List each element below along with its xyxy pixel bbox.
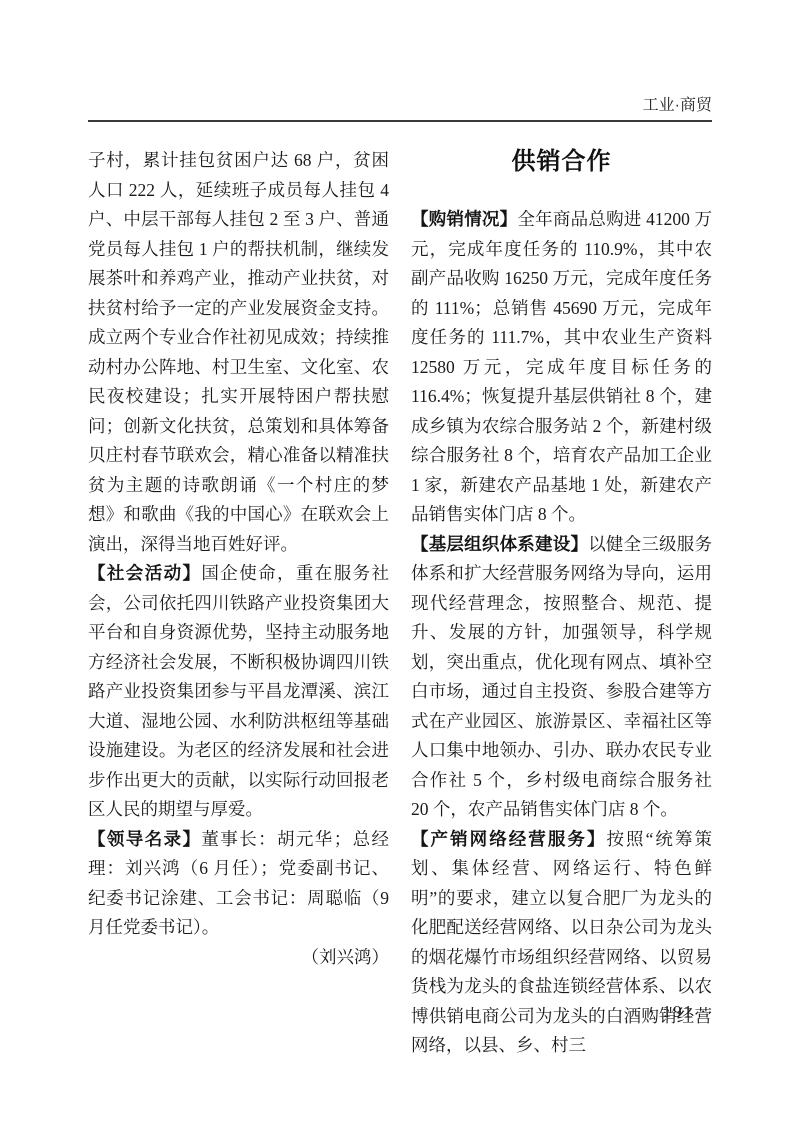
paragraph-text: 子村，累计挂包贫困户达 68 户，贫困人口 222 人，延续班子成员每人挂包 4…	[88, 150, 389, 554]
document-page: 工业·商贸 子村，累计挂包贫困户达 68 户，贫困人口 222 人，延续班子成员…	[0, 0, 793, 1122]
running-header: 工业·商贸	[88, 96, 712, 120]
page-number: · 191 ·	[649, 1000, 708, 1024]
running-header-text: 工业·商贸	[643, 97, 712, 114]
paragraph-leaders-list: 【领导名录】董事长：胡元华；总经理：刘兴鸿（6 月任）；党委副书记、纪委书记涂建…	[88, 825, 389, 943]
paragraph-text: 国企使命，重在服务社会，公司依托四川铁路产业投资集团大平台和自身资源优势，坚持主…	[88, 563, 389, 819]
paragraph-text: 全年商品总购进 41200 万元，完成年度任务的 110.9%，其中农副产品收购…	[411, 209, 712, 524]
paragraph-label: 【购销情况】	[411, 209, 517, 229]
paragraph-label: 【产销网络经营服务】	[411, 829, 606, 849]
left-column: 子村，累计挂包贫困户达 68 户，贫困人口 222 人，延续班子成员每人挂包 4…	[88, 146, 389, 1061]
author-signature: （刘兴鸿）	[88, 943, 389, 973]
text-columns: 子村，累计挂包贫困户达 68 户，贫困人口 222 人，延续班子成员每人挂包 4…	[88, 146, 712, 1061]
paragraph-marketing-network: 【产销网络经营服务】按照“统筹策划、集体经营、网络运行、特色鲜明”的要求，建立以…	[411, 825, 712, 1061]
paragraph-social-activity: 【社会活动】国企使命，重在服务社会，公司依托四川铁路产业投资集团大平台和自身资源…	[88, 559, 389, 825]
right-column: 供销合作 【购销情况】全年商品总购进 41200 万元，完成年度任务的 110.…	[411, 146, 712, 1061]
paragraph-text: 以健全三级服务体系和扩大经营服务网络为导向，运用现代经营理念，按照整合、规范、提…	[411, 534, 712, 820]
paragraph-label: 【社会活动】	[88, 563, 201, 583]
page-content: 工业·商贸 子村，累计挂包贫困户达 68 户，贫困人口 222 人，延续班子成员…	[88, 96, 712, 1061]
paragraph-label: 【领导名录】	[88, 829, 201, 849]
article-title: 供销合作	[411, 146, 712, 178]
header-rule	[88, 120, 712, 122]
paragraph-purchase-sales: 【购销情况】全年商品总购进 41200 万元，完成年度任务的 110.9%，其中…	[411, 205, 712, 530]
paragraph-poverty-alleviation: 子村，累计挂包贫困户达 68 户，贫困人口 222 人，延续班子成员每人挂包 4…	[88, 146, 389, 559]
paragraph-grassroots-organization: 【基层组织体系建设】以健全三级服务体系和扩大经营服务网络为导向，运用现代经营理念…	[411, 530, 712, 825]
paragraph-label: 【基层组织体系建设】	[411, 534, 588, 554]
